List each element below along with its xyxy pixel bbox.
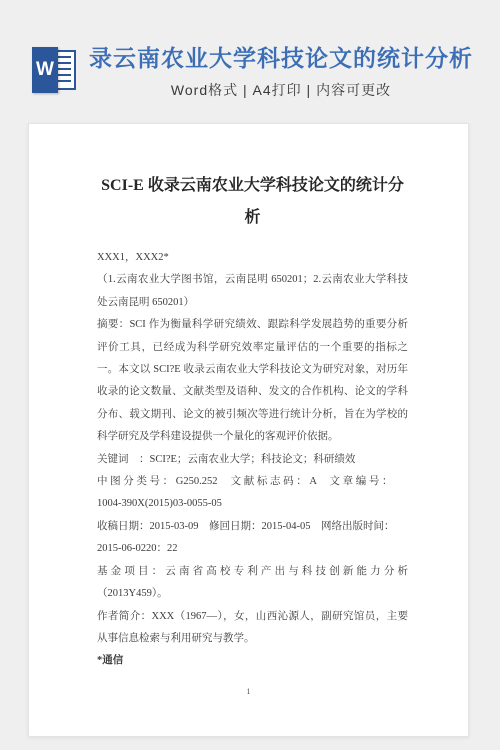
document-page: SCI-E 收录云南农业大学科技论文的统计分析 XXX1，XXX2* （1.云南… <box>28 123 469 737</box>
header-title: 录云南农业大学科技论文的统计分析 <box>80 44 482 72</box>
fund-project-line: 基金项目：云南省高校专利产出与科技创新能力分析（2013Y459）。 <box>97 561 408 606</box>
screen: W 录云南农业大学科技论文的统计分析 Word格式 | A4打印 | 内容可更改… <box>0 0 500 750</box>
word-icon-letter: W <box>32 47 58 93</box>
author-bio-line: 作者简介：XXX（1967—），女，山西沁源人，副研究馆员，主要从事信息检索与利… <box>97 606 408 651</box>
dates-line: 收稿日期：2015-03-09 修回日期：2015-04-05 网络出版时间： … <box>97 516 408 561</box>
keywords-line: 关键词 ：SCI?E；云南农业大学；科技论文；科研绩效 <box>97 449 408 471</box>
document-title: SCI-E 收录云南农业大学科技论文的统计分析 <box>97 170 408 234</box>
correspondence-note: *通信 <box>97 650 408 672</box>
page-number: 1 <box>29 687 468 696</box>
header-subtitle: Word格式 | A4打印 | 内容可更改 <box>80 80 482 100</box>
header: W 录云南农业大学科技论文的统计分析 Word格式 | A4打印 | 内容可更改 <box>0 0 500 112</box>
authors-line: XXX1，XXX2* <box>97 247 408 269</box>
clc-number-line: 中 图 分 类 号 ： G250.252 文 献 标 志 码 ： A 文 章 编… <box>97 471 408 516</box>
header-text-block: 录云南农业大学科技论文的统计分析 Word格式 | A4打印 | 内容可更改 <box>80 42 482 100</box>
word-icon: W <box>30 46 80 96</box>
abstract-paragraph: 摘要：SCI 作为衡量科学研究绩效、跟踪科学发展趋势的重要分析评价工具，已经成为… <box>97 314 408 448</box>
affiliation-line: （1.云南农业大学图书馆，云南昆明 650201；2.云南农业大学科技处云南昆明… <box>97 269 408 314</box>
